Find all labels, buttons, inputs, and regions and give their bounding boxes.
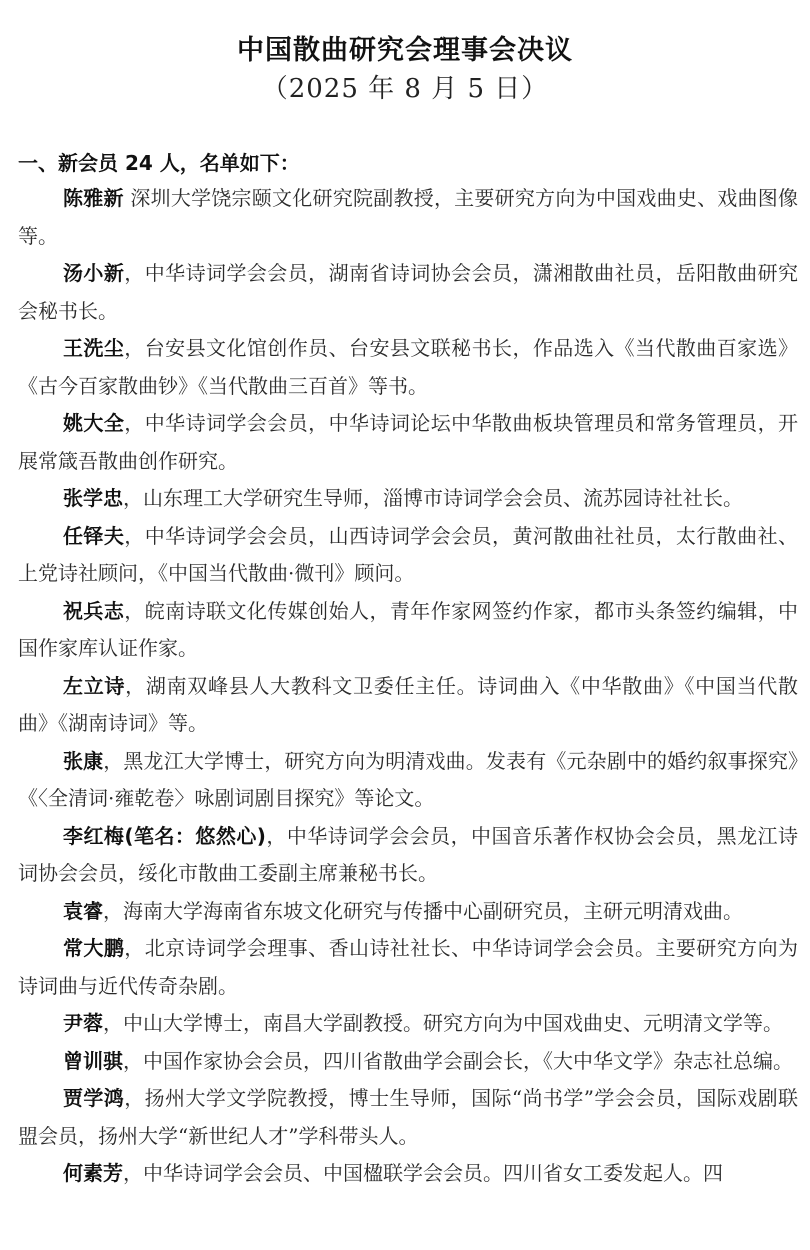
- member-entry: 李红梅(笔名：悠然心)，中华诗词学会会员，中国音乐著作权协会会员，黑龙江诗词协会…: [18, 818, 798, 893]
- member-name: 张学忠: [63, 486, 123, 510]
- member-name: 曾训骐: [63, 1049, 123, 1073]
- member-bio: 中华诗词学会会员、中国楹联学会会员。四川省女工委发起人。四: [143, 1161, 723, 1185]
- member-bio: 中山大学博士，南昌大学副教授。研究方向为中国戏曲史、元明清文学等。: [123, 1011, 783, 1035]
- member-entry: 任铎夫，中华诗词学会会员，山西诗词学会会员，黄河散曲社社员，太行散曲社、上党诗社…: [18, 518, 798, 593]
- member-name: 贾学鸿: [63, 1086, 124, 1110]
- member-entry: 张康，黑龙江大学博士，研究方向为明清戏曲。发表有《元杂剧中的婚约叙事探究》《〈全…: [18, 743, 798, 818]
- member-name: 袁睿: [63, 899, 103, 923]
- member-name: 尹蓉: [63, 1011, 103, 1035]
- member-bio: 海南大学海南省东坡文化研究与传播中心副研究员，主研元明清戏曲。: [123, 899, 743, 923]
- member-bio: 黑龙江大学博士，研究方向为明清戏曲。发表有《元杂剧中的婚约叙事探究》《〈全清词·…: [18, 749, 798, 811]
- member-entry: 左立诗，湖南双峰县人大教科文卫委任主任。诗词曲入《中华散曲》《中国当代散曲》《湖…: [18, 668, 798, 743]
- member-name: 祝兵志: [63, 599, 124, 623]
- document-title: 中国散曲研究会理事会决议: [0, 28, 810, 67]
- member-entry: 贾学鸿，扬州大学文学院教授，博士生导师，国际“尚书学”学会会员，国际戏剧联盟会员…: [18, 1080, 798, 1155]
- member-entry: 陈雅新 深圳大学饶宗颐文化研究院副教授，主要研究方向为中国戏曲史、戏曲图像等。: [18, 180, 798, 255]
- member-name: 李红梅(笔名：悠然心): [63, 824, 266, 848]
- member-entry: 祝兵志，皖南诗联文化传媒创始人，青年作家网签约作家，都市头条签约编辑，中国作家库…: [18, 593, 798, 668]
- member-name: 张康: [63, 749, 103, 773]
- member-entry: 姚大全，中华诗词学会会员，中华诗词论坛中华散曲板块管理员和常务管理员，开展常箴吾…: [18, 405, 798, 480]
- member-name: 左立诗: [63, 674, 125, 698]
- member-name: 任铎夫: [63, 524, 124, 548]
- member-name: 何素芳: [63, 1161, 123, 1185]
- member-entry: 袁睿，海南大学海南省东坡文化研究与传播中心副研究员，主研元明清戏曲。: [18, 893, 798, 931]
- member-name: 陈雅新: [63, 186, 124, 210]
- member-entry: 常大鹏，北京诗词学会理事、香山诗社社长、中华诗词学会会员。主要研究方向为诗词曲与…: [18, 930, 798, 1005]
- member-bio: 中国作家协会会员，四川省散曲学会副会长，《大中华文学》杂志社总编。: [143, 1049, 793, 1073]
- member-entry: 尹蓉，中山大学博士，南昌大学副教授。研究方向为中国戏曲史、元明清文学等。: [18, 1005, 798, 1043]
- member-bio: 山东理工大学研究生导师，淄博市诗词学会会员、流苏园诗社社长。: [143, 486, 743, 510]
- member-name: 汤小新: [63, 261, 124, 285]
- section-heading-new-members: 一、新会员 24 人，名单如下：: [18, 147, 300, 176]
- member-name: 常大鹏: [63, 936, 124, 960]
- member-name: 姚大全: [63, 411, 124, 435]
- member-entry: 何素芳，中华诗词学会会员、中国楹联学会会员。四川省女工委发起人。四: [18, 1155, 798, 1193]
- member-list: 陈雅新 深圳大学饶宗颐文化研究院副教授，主要研究方向为中国戏曲史、戏曲图像等。 …: [18, 180, 798, 1193]
- member-entry: 张学忠，山东理工大学研究生导师，淄博市诗词学会会员、流苏园诗社社长。: [18, 480, 798, 518]
- document-date: （2025 年 8 月 5 日）: [0, 68, 810, 105]
- member-entry: 曾训骐，中国作家协会会员，四川省散曲学会副会长，《大中华文学》杂志社总编。: [18, 1043, 798, 1081]
- member-entry: 王洗尘，台安县文化馆创作员、台安县文联秘书长，作品选入《当代散曲百家选》《古今百…: [18, 330, 798, 405]
- member-name: 王洗尘: [63, 336, 124, 360]
- member-entry: 汤小新，中华诗词学会会员，湖南省诗词协会会员，潇湘散曲社员，岳阳散曲研究会秘书长…: [18, 255, 798, 330]
- member-bio: 深圳大学饶宗颐文化研究院副教授，主要研究方向为中国戏曲史、戏曲图像等。: [18, 186, 798, 248]
